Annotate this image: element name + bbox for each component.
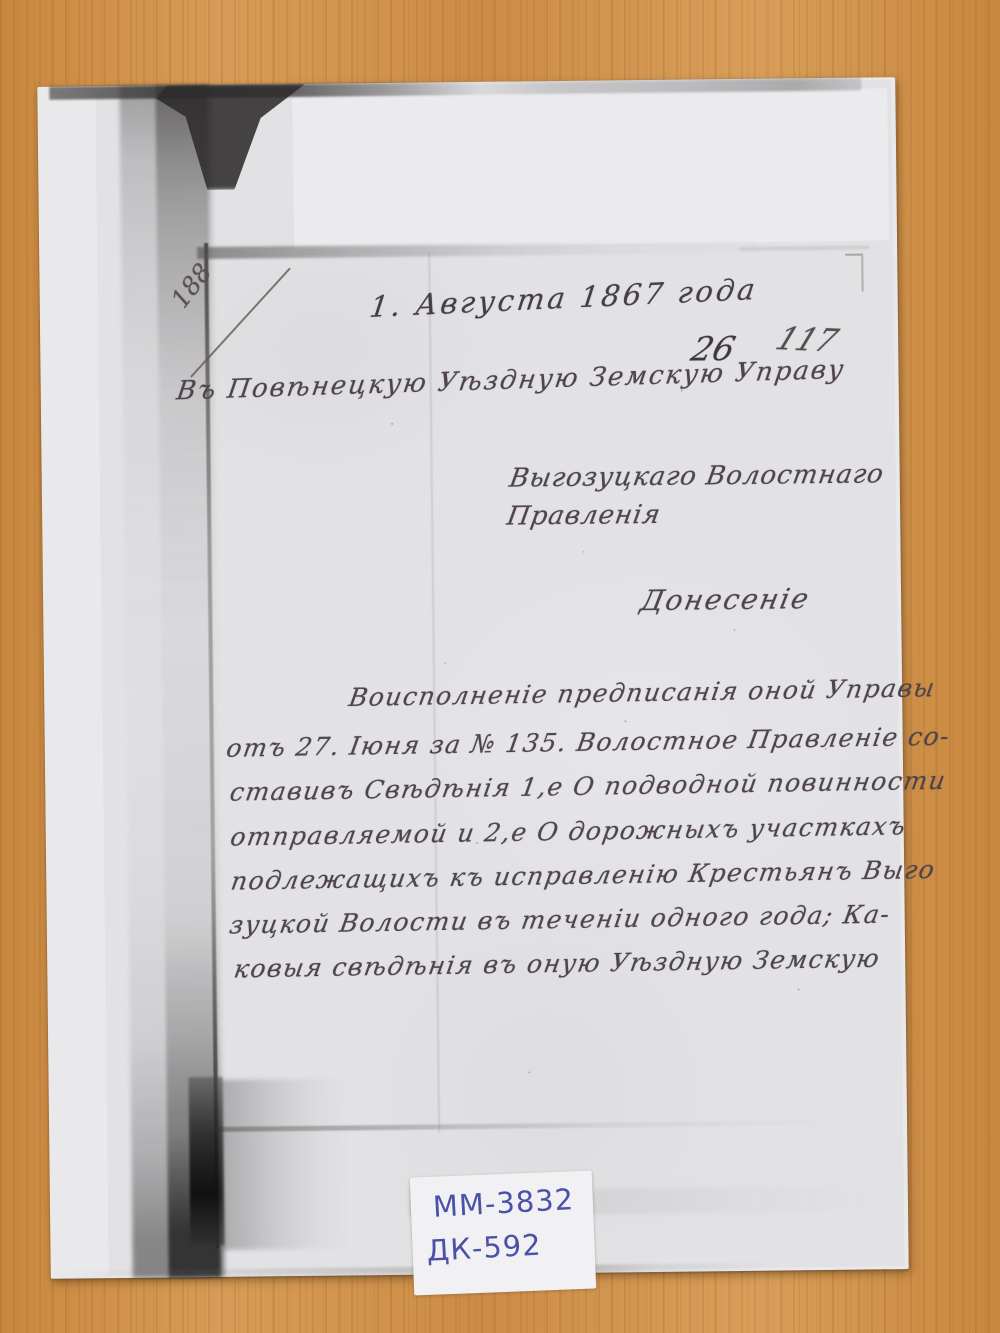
museum-inventory-label: ММ-3832 ДК-592 bbox=[410, 1171, 596, 1296]
sender-line-2: Правленія bbox=[505, 500, 664, 532]
inventory-number-dk: ДК-592 bbox=[426, 1228, 543, 1268]
print-top-margin bbox=[292, 88, 889, 249]
page-top-right-corner-mark bbox=[845, 254, 863, 292]
photographic-print: 188 1. Августа 1867 года 26 117 Въ Повѣн… bbox=[37, 77, 908, 1279]
bottom-left-smudge bbox=[219, 1078, 351, 1249]
inventory-number-mm: ММ-3832 bbox=[432, 1182, 575, 1224]
document-type-heading: Донесеніе bbox=[638, 582, 813, 617]
sender-line-1: Выгозуцкаго Волостнаго bbox=[507, 459, 886, 493]
photo-of-archival-document: 188 1. Августа 1867 года 26 117 Въ Повѣн… bbox=[0, 0, 1000, 1333]
